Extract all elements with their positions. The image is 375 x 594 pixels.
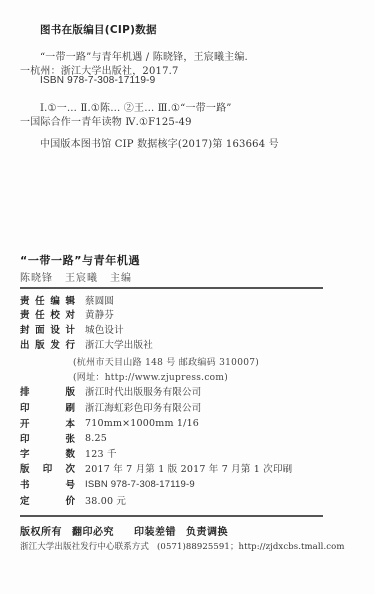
info-row-printing: 印刷 浙江海虹彩色印务有限公司 — [20, 400, 201, 414]
book-editors: 陈晓锋王宸曦主编 — [20, 269, 132, 284]
info-value: 710mm×1000mm 1/16 — [85, 418, 199, 429]
publisher-address: (杭州市天目山路 148 号 邮政编码 310007) — [73, 355, 259, 368]
info-row-word-count: 字数 123 千 — [20, 446, 117, 460]
publisher-website: (网址：http://www.zjupress.com) — [73, 370, 228, 383]
cip-classification-line-2: 一国际合作一青年读物 Ⅳ.①F125-49 — [20, 113, 192, 128]
info-label: 字数 — [20, 446, 75, 460]
info-label: 出版发行 — [20, 337, 75, 351]
info-label: 定价 — [20, 493, 75, 507]
info-label: 书号 — [20, 477, 75, 491]
info-value: ISBN 978-7-308-17119-9 — [85, 479, 195, 490]
info-label: 印刷 — [20, 400, 75, 414]
info-value: 浙江海虹彩色印务有限公司 — [85, 400, 201, 414]
contact-label: 浙江大学出版社发行中心联系方式 — [20, 542, 149, 552]
editor-role: 主编 — [110, 273, 132, 284]
cip-isbn: ISBN 978-7-308-17119-9 — [40, 75, 155, 86]
info-value: 123 千 — [85, 446, 117, 460]
contact-value: (0571)88925591；http://zjdxcbs.tmall.com — [157, 542, 345, 552]
editor-name: 王宸曦 — [65, 273, 98, 284]
copyright-page: 图书在版编目(CIP)数据 “一带一路”与青年机遇 / 陈晓锋，王宸曦主编. 一… — [0, 0, 375, 594]
info-value: 蔡圆圆 — [85, 293, 114, 307]
info-row-publisher: 出版发行 浙江大学出版社 — [20, 337, 153, 351]
info-row-typesetting: 排版 浙江时代出版服务有限公司 — [20, 384, 201, 398]
info-label: 印张 — [20, 431, 75, 445]
cip-main-entry: “一带一路”与青年机遇 / 陈晓锋，王宸曦主编. — [40, 48, 248, 63]
divider-top — [20, 287, 323, 289]
editor-name: 陈晓锋 — [20, 273, 53, 284]
info-row-book-number: 书号 ISBN 978-7-308-17119-9 — [20, 477, 195, 491]
info-value: 城色设计 — [85, 322, 124, 336]
info-label: 责任编辑 — [20, 293, 75, 307]
cip-classification-line-1: Ⅰ.①一… Ⅱ.①陈… ②王… Ⅲ.①“一带一路” — [40, 99, 232, 114]
copyright-notice: 版权所有翻印必究印装差错负责调换 — [20, 523, 228, 538]
info-row-sheets: 印张 8.25 — [20, 431, 107, 445]
info-label: 排版 — [20, 384, 75, 398]
info-value: 2017 年 7 月第 1 版 2017 年 7 月第 1 次印刷 — [85, 461, 292, 475]
info-row-proofreader: 责任校对 黄静芬 — [20, 307, 114, 321]
divider-bottom — [20, 515, 323, 517]
info-value: 黄静芬 — [85, 307, 114, 321]
info-row-format: 开本 710mm×1000mm 1/16 — [20, 416, 199, 430]
info-value: 浙江时代出版服务有限公司 — [85, 384, 201, 398]
info-label: 封面设计 — [20, 322, 75, 336]
info-row-cover-design: 封面设计 城色设计 — [20, 322, 124, 336]
info-label: 开本 — [20, 416, 75, 430]
cip-number: 中国版本图书馆 CIP 数据核字(2017)第 163664 号 — [40, 135, 279, 150]
info-label: 版印次 — [20, 461, 75, 475]
info-row-responsible-editor: 责任编辑 蔡圆圆 — [20, 293, 114, 307]
distribution-contact: 浙江大学出版社发行中心联系方式(0571)88925591；http://zjd… — [20, 540, 345, 552]
info-label: 责任校对 — [20, 307, 75, 321]
info-row-edition: 版印次 2017 年 7 月第 1 版 2017 年 7 月第 1 次印刷 — [20, 461, 292, 475]
book-title: “一带一路”与青年机遇 — [20, 252, 140, 268]
info-value: 浙江大学出版社 — [85, 337, 153, 351]
info-value: 8.25 — [85, 433, 107, 444]
info-row-price: 定价 38.00 元 — [20, 493, 126, 507]
info-value: 38.00 元 — [85, 493, 126, 507]
cip-heading: 图书在版编目(CIP)数据 — [40, 22, 157, 37]
